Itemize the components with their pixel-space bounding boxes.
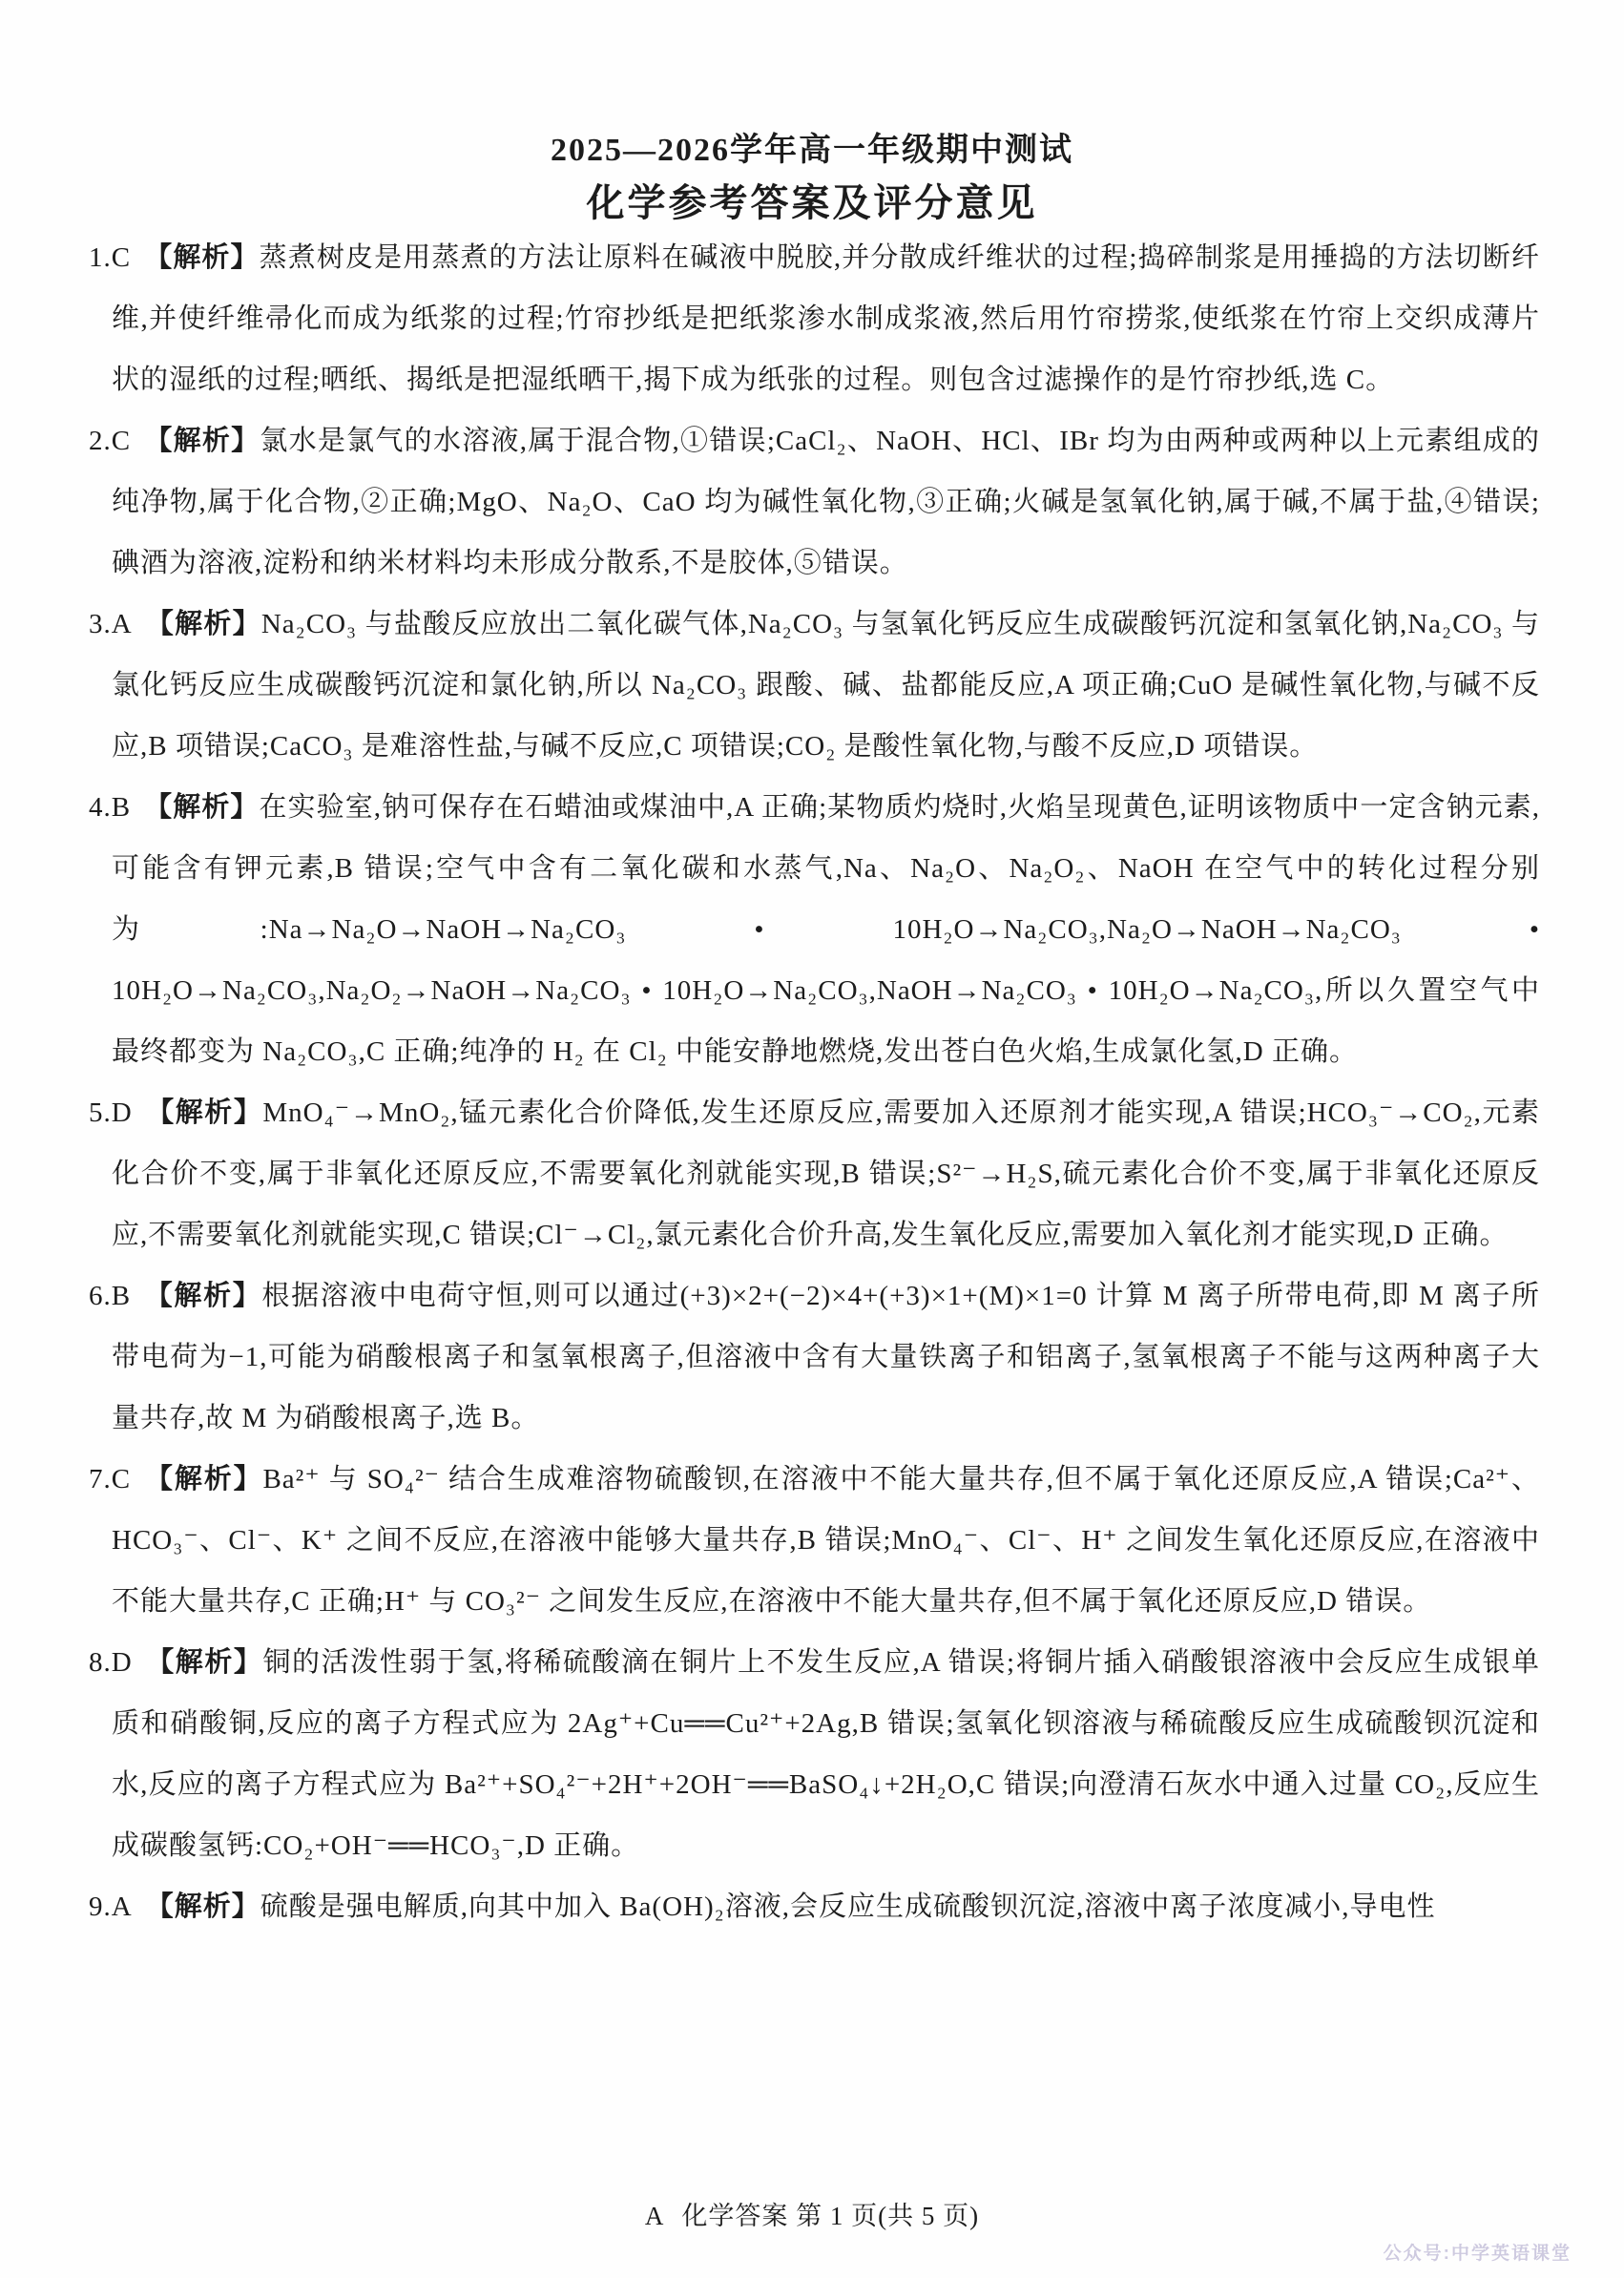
answer-item-4: 4.B【解析】在实验室,钠可保存在石蜡油或煤油中,A 正确;某物质灼烧时,火焰呈… (89, 777, 1540, 1082)
analysis-label: 【解析】 (146, 1647, 263, 1678)
answer-item-3: 3.A【解析】Na₂CO₃ 与盐酸反应放出二氧化碳气体,Na₂CO₃ 与氢氧化钙… (89, 594, 1540, 777)
analysis-text-2: 氯水是氯气的水溶液,属于混合物,①错误;CaCl₂、NaOH、HCl、IBr 均… (112, 426, 1540, 578)
watermark-text: 公众号:中学英语课堂 (1384, 2244, 1572, 2265)
analysis-label: 【解析】 (146, 609, 261, 639)
answer-item-1: 1.C【解析】蒸煮树皮是用蒸煮的方法让原料在碱液中脱胶,并分散成纤维状的过程;捣… (89, 227, 1540, 410)
analysis-label: 【解析】 (144, 1281, 261, 1311)
footer-page-text: 化学答案 第 1 页(共 5 页) (681, 2202, 979, 2230)
answer-item-9: 9.A【解析】硫酸是强电解质,向其中加入 Ba(OH)₂溶液,会反应生成硫酸钡沉… (89, 1876, 1540, 1937)
question-number-4: 4.B (89, 792, 131, 823)
analysis-label: 【解析】 (146, 1891, 260, 1922)
analysis-text-7: Ba²⁺ 与 SO₄²⁻ 结合生成难溶物硫酸钡,在溶液中不能大量共存,但不属于氧… (112, 1464, 1540, 1617)
analysis-label: 【解析】 (146, 1097, 263, 1128)
question-number-1: 1.C (89, 242, 131, 273)
answer-item-2: 2.C【解析】氯水是氯气的水溶液,属于混合物,①错误;CaCl₂、NaOH、HC… (89, 410, 1540, 594)
answer-item-6: 6.B【解析】根据溶液中电荷守恒,则可以通过(+3)×2+(−2)×4+(+3)… (89, 1265, 1540, 1449)
analysis-label: 【解析】 (144, 426, 260, 456)
answer-item-8: 8.D【解析】铜的活泼性弱于氢,将稀硫酸滴在铜片上不发生反应,A 错误;将铜片插… (89, 1632, 1540, 1876)
analysis-text-9: 硫酸是强电解质,向其中加入 Ba(OH)₂溶液,会反应生成硫酸钡沉淀,溶液中离子… (260, 1891, 1436, 1922)
paper-version-code: A (645, 2202, 665, 2230)
analysis-text-5: MnO₄⁻→MnO₂,锰元素化合价降低,发生还原反应,需要加入还原剂才能实现,A… (112, 1097, 1540, 1250)
question-number-9: 9.A (89, 1891, 133, 1922)
question-number-8: 8.D (89, 1647, 133, 1678)
question-number-2: 2.C (89, 426, 131, 456)
analysis-text-1: 蒸煮树皮是用蒸煮的方法让原料在碱液中脱胶,并分散成纤维状的过程;捣碎制浆是用捶捣… (112, 242, 1540, 395)
analysis-label: 【解析】 (144, 792, 259, 823)
answer-item-5: 5.D【解析】MnO₄⁻→MnO₂,锰元素化合价降低,发生还原反应,需要加入还原… (89, 1082, 1540, 1265)
document-subtitle: 化学参考答案及评分意见 (0, 179, 1624, 227)
answer-list: 1.C【解析】蒸煮树皮是用蒸煮的方法让原料在碱液中脱胶,并分散成纤维状的过程;捣… (89, 227, 1540, 1937)
analysis-text-6: 根据溶液中电荷守恒,则可以通过(+3)×2+(−2)×4+(+3)×1+(M)×… (112, 1281, 1540, 1433)
page-footer: A化学答案 第 1 页(共 5 页) (0, 2202, 1624, 2230)
analysis-label: 【解析】 (144, 1464, 262, 1494)
document-title: 2025—2026学年高一年级期中测试 (0, 132, 1624, 170)
analysis-label: 【解析】 (144, 242, 260, 273)
question-number-6: 6.B (89, 1281, 131, 1311)
question-number-7: 7.C (89, 1464, 131, 1494)
question-number-5: 5.D (89, 1097, 133, 1128)
question-number-3: 3.A (89, 609, 133, 639)
analysis-text-3: Na₂CO₃ 与盐酸反应放出二氧化碳气体,Na₂CO₃ 与氢氧化钙反应生成碳酸钙… (112, 609, 1540, 762)
analysis-text-4: 在实验室,钠可保存在石蜡油或煤油中,A 正确;某物质灼烧时,火焰呈现黄色,证明该… (112, 792, 1540, 1067)
analysis-text-8: 铜的活泼性弱于氢,将稀硫酸滴在铜片上不发生反应,A 错误;将铜片插入硝酸银溶液中… (112, 1647, 1540, 1861)
answer-item-7: 7.C【解析】Ba²⁺ 与 SO₄²⁻ 结合生成难溶物硫酸钡,在溶液中不能大量共… (89, 1449, 1540, 1632)
document-page: 2025—2026学年高一年级期中测试 化学参考答案及评分意见 1.C【解析】蒸… (0, 0, 1624, 2278)
